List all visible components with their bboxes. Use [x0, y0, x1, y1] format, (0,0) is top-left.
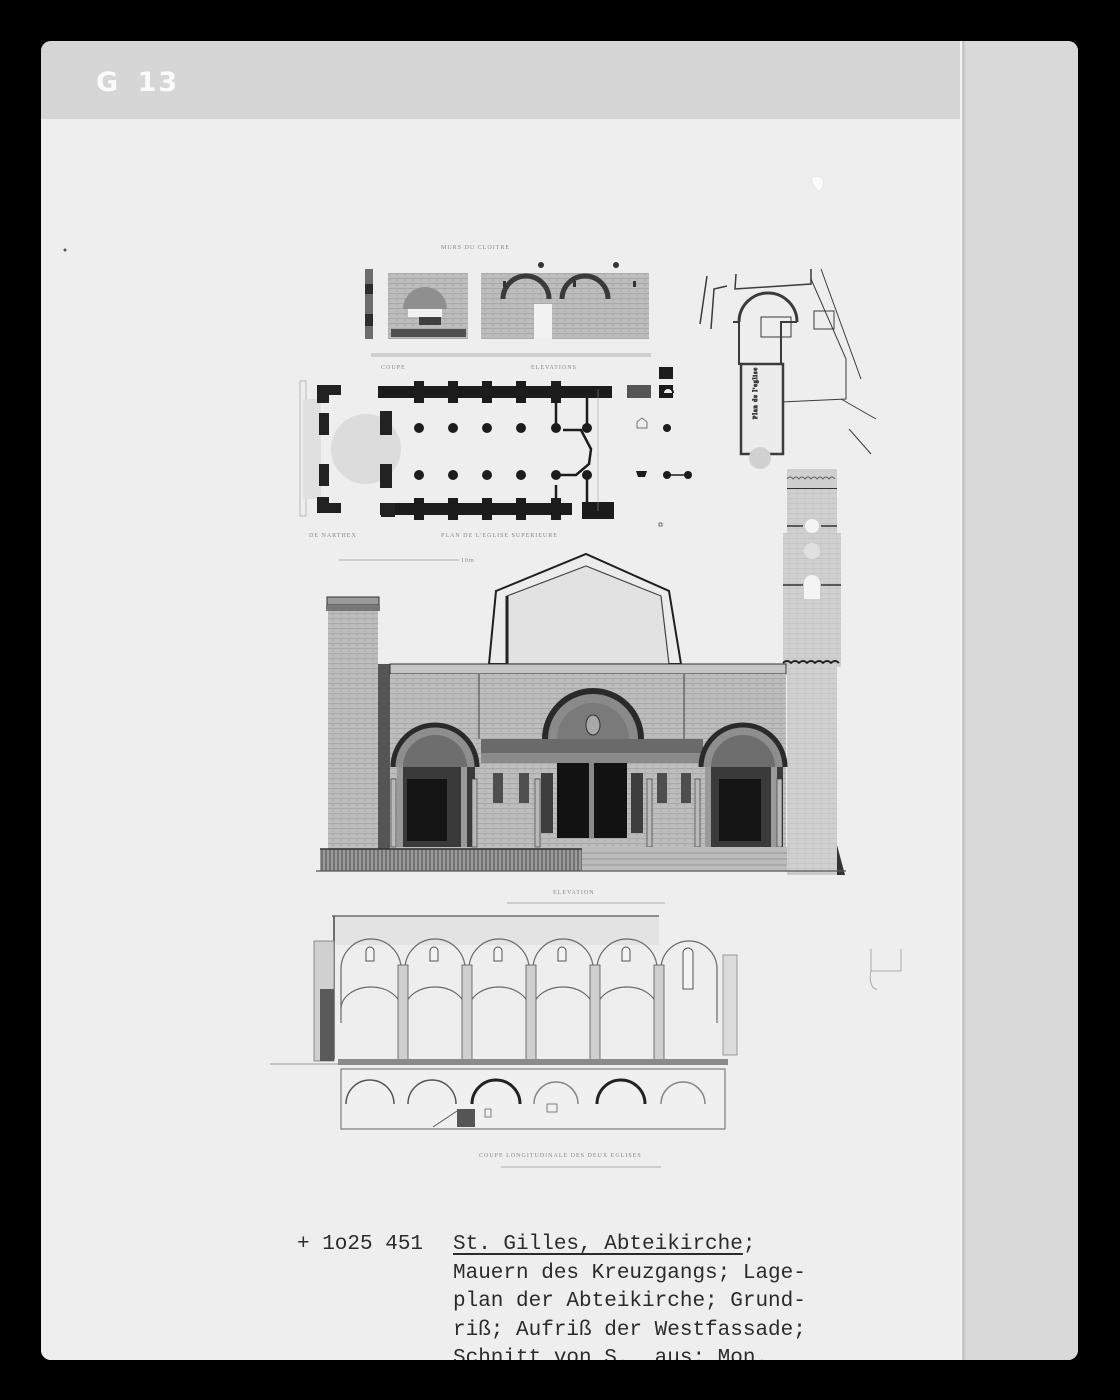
svg-text:MURS DU CLOITRE: MURS DU CLOITRE: [441, 245, 510, 251]
photo-sheet: MURS DU CLOITRE: [41, 119, 960, 1360]
tower-elevation-drawing: [783, 469, 845, 875]
archive-card: G 13 M: [41, 41, 1078, 1360]
caption-line-4: Schnitt von S., aus: Mon.: [453, 1347, 768, 1360]
west-facade-elevation-drawing: ELEVATION: [316, 554, 846, 903]
card-signature: G 13: [96, 67, 179, 98]
cloister-walls-drawing: MURS DU CLOITRE: [365, 245, 651, 371]
catalog-caption: + 1o25 451 St. Gilles, Abteikirche; Maue…: [297, 1231, 373, 1345]
svg-text:ELEVATION: ELEVATION: [553, 890, 595, 896]
architectural-drawings: MURS DU CLOITRE: [41, 119, 960, 1219]
svg-text:ELEVATIONS: ELEVATIONS: [531, 365, 577, 371]
side-strip: [960, 41, 1078, 1360]
card-header-band: G 13: [41, 41, 960, 119]
caption-line-3: riß; Aufriß der Westfassade;: [453, 1319, 806, 1342]
svg-text:DE NARTHEX: DE NARTHEX: [309, 533, 357, 539]
speck: [64, 249, 67, 252]
svg-text:10m: 10m: [461, 558, 475, 564]
caption-line-0: ;: [743, 1233, 756, 1256]
caption-title: St. Gilles, Abteikirche: [453, 1233, 743, 1256]
svg-text:COUPE LONGITUDINALE DES DEUX E: COUPE LONGITUDINALE DES DEUX EGLISES: [479, 1153, 642, 1159]
svg-text:Plan de l'eglise: Plan de l'eglise: [753, 367, 759, 419]
site-plan-drawing: Plan de l'eglise: [700, 269, 876, 469]
caption-body: St. Gilles, Abteikirche; Mauern des Kreu…: [453, 1231, 806, 1360]
inventory-number: + 1o25 451: [297, 1231, 423, 1260]
svg-text:COUPE: COUPE: [381, 365, 406, 371]
ground-plan-drawing: DE NARTHEX PLAN DE L'EGLISE SUPERIEURE 1…: [300, 367, 692, 564]
caption-line-2: plan der Abteikirche; Grund-: [453, 1290, 806, 1313]
caption-line-1: Mauern des Kreuzgangs; Lage-: [453, 1262, 806, 1285]
longitudinal-section-drawing: COUPE LONGITUDINALE DES DEUX EGLISES: [270, 916, 901, 1167]
svg-text:PLAN DE L'EGLISE SUPERIEURE: PLAN DE L'EGLISE SUPERIEURE: [441, 533, 558, 539]
